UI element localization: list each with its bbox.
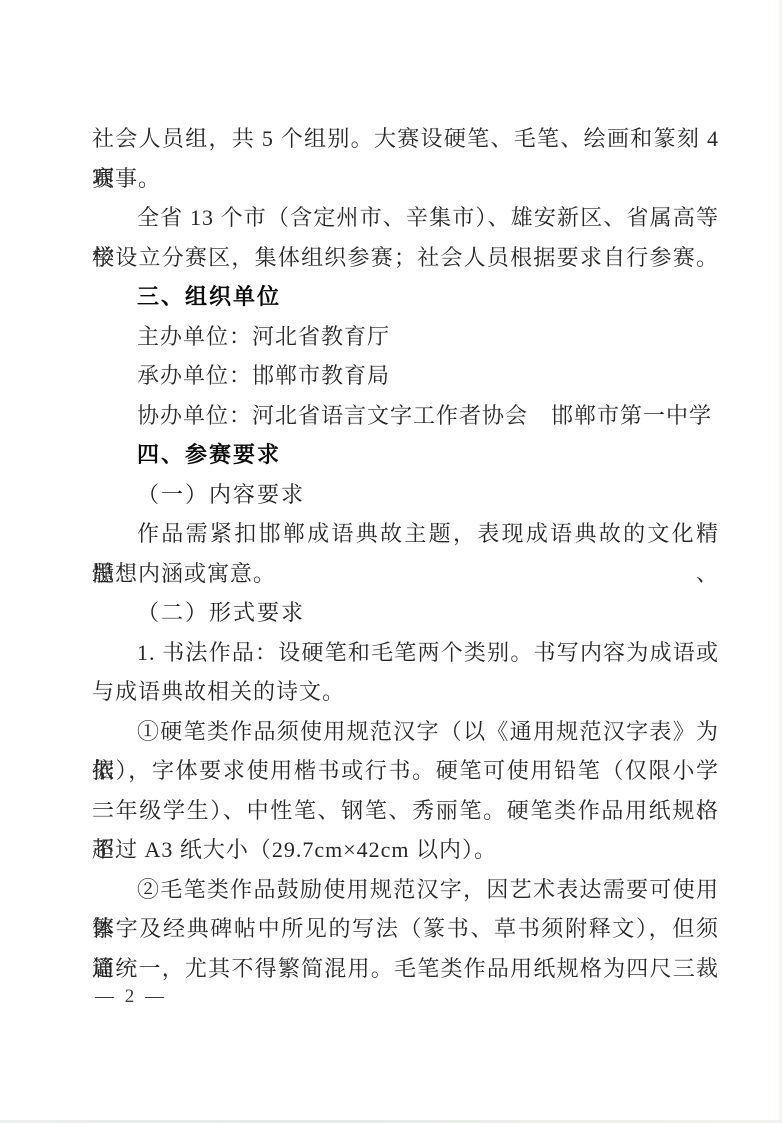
document-body: 社会人员组，共 5 个组别。大赛设硬笔、毛笔、绘画和篆刻 4 项 赛事。 全省 … bbox=[92, 119, 719, 988]
page-number: — 2 — bbox=[95, 983, 167, 1011]
paragraph-line: 超过 A3 纸大小（29.7cm×42cm 以内）。 bbox=[92, 830, 719, 870]
section-heading: 四、参赛要求 bbox=[92, 435, 719, 475]
paragraph-line: 校设立分赛区，集体组织参赛；社会人员根据要求自行参赛。 bbox=[92, 238, 719, 278]
paragraph-line: 体字及经典碑帖中所见的写法（篆书、草书须附释文），但须通 bbox=[92, 909, 719, 949]
paragraph-line: 承办单位：邯郸市教育局 bbox=[92, 356, 719, 396]
paragraph-line: 据），字体要求使用楷书或行书。硬笔可使用铅笔（仅限小学一、 bbox=[92, 751, 719, 791]
paragraph-line: 全省 13 个市（含定州市、辛集市）、雄安新区、省属高等学 bbox=[92, 198, 719, 238]
subsection-heading: （二）形式要求 bbox=[92, 593, 719, 633]
scan-edge-artifact-right bbox=[777, 0, 782, 1123]
paragraph-line: 赛事。 bbox=[92, 159, 719, 199]
paragraph-line: 二年级学生）、中性笔、钢笔、秀丽笔。硬笔类作品用纸规格不 bbox=[92, 791, 719, 831]
paragraph-line: ②毛笔类作品鼓励使用规范汉字，因艺术表达需要可使用繁 bbox=[92, 870, 719, 910]
section-heading: 三、组织单位 bbox=[92, 277, 719, 317]
paragraph-line: 与成语典故相关的诗文。 bbox=[92, 672, 719, 712]
paragraph-line: 1. 书法作品：设硬笔和毛笔两个类别。书写内容为成语或 bbox=[92, 633, 719, 673]
paragraph-line: 作品需紧扣邯郸成语典故主题，表现成语典故的文化精髓、 bbox=[92, 514, 719, 554]
subsection-heading: （一）内容要求 bbox=[92, 475, 719, 515]
paragraph-line: 协办单位：河北省语言文字工作者协会 邯郸市第一中学 bbox=[92, 396, 719, 436]
paragraph-line: 社会人员组，共 5 个组别。大赛设硬笔、毛笔、绘画和篆刻 4 项 bbox=[92, 119, 719, 159]
paragraph-line: 主办单位：河北省教育厅 bbox=[92, 317, 719, 357]
document-page: 社会人员组，共 5 个组别。大赛设硬笔、毛笔、绘画和篆刻 4 项 赛事。 全省 … bbox=[0, 0, 782, 1123]
paragraph-line: 篇统一，尤其不得繁简混用。毛笔类作品用纸规格为四尺三裁 bbox=[92, 949, 719, 989]
paragraph-line: ①硬笔类作品须使用规范汉字（以《通用规范汉字表》为依 bbox=[92, 712, 719, 752]
